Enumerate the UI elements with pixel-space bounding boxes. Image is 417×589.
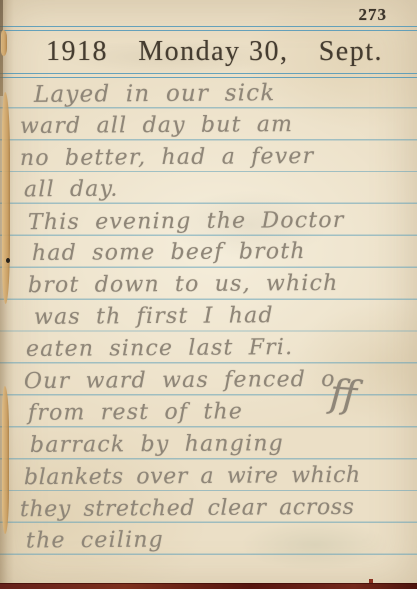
handwriting-line: all day. bbox=[24, 177, 119, 203]
handwriting-line: the ceiling bbox=[26, 528, 164, 554]
double-rule-below-header bbox=[0, 73, 417, 75]
handwriting-line: from rest of the bbox=[28, 399, 243, 426]
date-header: 1918 Monday 30, Sept. bbox=[46, 36, 383, 68]
page-curl-edge bbox=[1, 30, 7, 56]
handwriting-line: ward all day but am bbox=[20, 112, 293, 139]
double-rule-top bbox=[0, 30, 417, 32]
handwriting-line: Our ward was fenced o bbox=[24, 367, 336, 394]
handwriting-line: they stretched clear across bbox=[20, 495, 355, 522]
page-number: 273 bbox=[359, 5, 388, 25]
header-month: Sept. bbox=[319, 36, 383, 68]
handwriting-line: had some beef broth bbox=[32, 239, 306, 266]
handwriting-line: brot down to us, which bbox=[28, 271, 339, 298]
handwriting-line: no better, had a fever bbox=[20, 144, 314, 171]
book-cover-bottom-edge bbox=[0, 583, 417, 589]
handwriting-line: barrack by hanging bbox=[30, 431, 284, 458]
bleed-through-smudge bbox=[240, 520, 390, 570]
double-rule-top bbox=[0, 26, 417, 28]
handwriting-line: was th first I had bbox=[34, 303, 274, 330]
double-rule-below-header bbox=[0, 77, 417, 79]
header-day: Monday 30, bbox=[138, 36, 288, 68]
handwriting-line: eaten since last Fri. bbox=[26, 335, 293, 362]
large-ff-flourish: ff bbox=[328, 371, 358, 417]
diary-page-scan: 273 1918 Monday 30, Sept. Layed in our s… bbox=[0, 0, 417, 589]
handwriting-line: This evening the Doctor bbox=[28, 208, 345, 235]
handwriting-line: blankets over a wire which bbox=[24, 463, 361, 490]
header-year: 1918 bbox=[46, 36, 108, 68]
handwriting-line: Layed in our sick bbox=[34, 80, 276, 108]
ink-speck bbox=[6, 258, 10, 263]
page-curl-edge bbox=[2, 92, 10, 304]
page-curl-edge bbox=[2, 386, 9, 534]
